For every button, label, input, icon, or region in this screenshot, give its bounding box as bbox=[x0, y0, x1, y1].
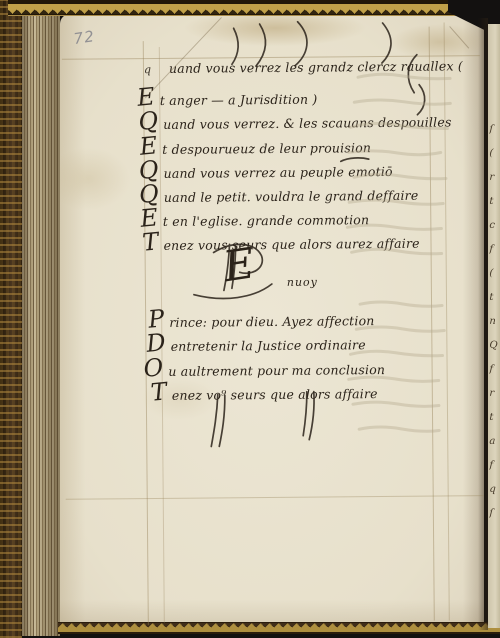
verse-text: enez vo⁹ seurs que alors affaire bbox=[172, 386, 378, 403]
verse-text: entretenir la Justice ordinaire bbox=[171, 337, 366, 354]
verse-text: uand vous verrez. & les scauans despouil… bbox=[163, 114, 452, 132]
ruling-line-horizontal-bottom bbox=[66, 495, 484, 500]
verse-text: t en l'eglise. grande commotion bbox=[163, 212, 370, 229]
guide-initial: q bbox=[144, 64, 151, 75]
verse-line: P rince: pour dieu. Ayez affection bbox=[148, 305, 375, 331]
verse-line: q uand vous verrez les grandz clercz rau… bbox=[144, 58, 463, 76]
verse-line: Q uand le petit. vouldra le grand deffai… bbox=[139, 180, 419, 206]
verse-text: u aultrement pour ma conclusion bbox=[168, 362, 385, 379]
verse-line: T enez vo⁹ seurs que alors affaire bbox=[151, 378, 378, 404]
verse-line: Q uand vous verrez. & les scauans despou… bbox=[138, 106, 451, 133]
verse-line: D entretenir la Justice ordinaire bbox=[146, 329, 366, 355]
verse-text: enez vous seurs que alors aurez affaire bbox=[163, 236, 419, 253]
verse-line: E t anger — a Jurisdition ) bbox=[137, 84, 317, 110]
manuscript-photo: ſ ( r t c f ( t n Q f r t a f q ſ 72 bbox=[0, 0, 500, 638]
verse-line: Q uand vous verrez au peuple emotiō bbox=[139, 156, 393, 182]
verse-line: O u aultrement pour ma conclusion bbox=[143, 354, 385, 380]
envoy-heading-initial: E bbox=[221, 242, 258, 288]
verse-line: T enez vous seurs que alors aurez affair… bbox=[142, 228, 419, 254]
verse-initial: T bbox=[150, 379, 168, 404]
verse-text: t anger — a Jurisdition ) bbox=[160, 92, 318, 108]
folio-number: 72 bbox=[72, 27, 96, 48]
verse-text: uand vous verrez les grandz clercz raual… bbox=[169, 58, 463, 76]
page-content: 72 q uand vous verrez les grandz clercz … bbox=[0, 0, 500, 638]
verse-text: t despourueuz de leur prouision bbox=[162, 140, 371, 157]
verse-initial: D bbox=[145, 330, 166, 356]
verse-initial: T bbox=[141, 229, 159, 254]
verse-text: uand vous verrez au peuple emotiō bbox=[164, 164, 393, 181]
verse-initial: Q bbox=[137, 108, 159, 134]
verse-line: E t en l'eglise. grande commotion bbox=[140, 204, 369, 230]
verse-text: rince: pour dieu. Ayez affection bbox=[169, 313, 374, 330]
verse-text: uand le petit. vouldra le grand deffaire bbox=[164, 188, 419, 205]
verse-line: E t despourueuz de leur prouision bbox=[140, 132, 372, 158]
envoy-heading-text: nuoy bbox=[287, 276, 318, 289]
